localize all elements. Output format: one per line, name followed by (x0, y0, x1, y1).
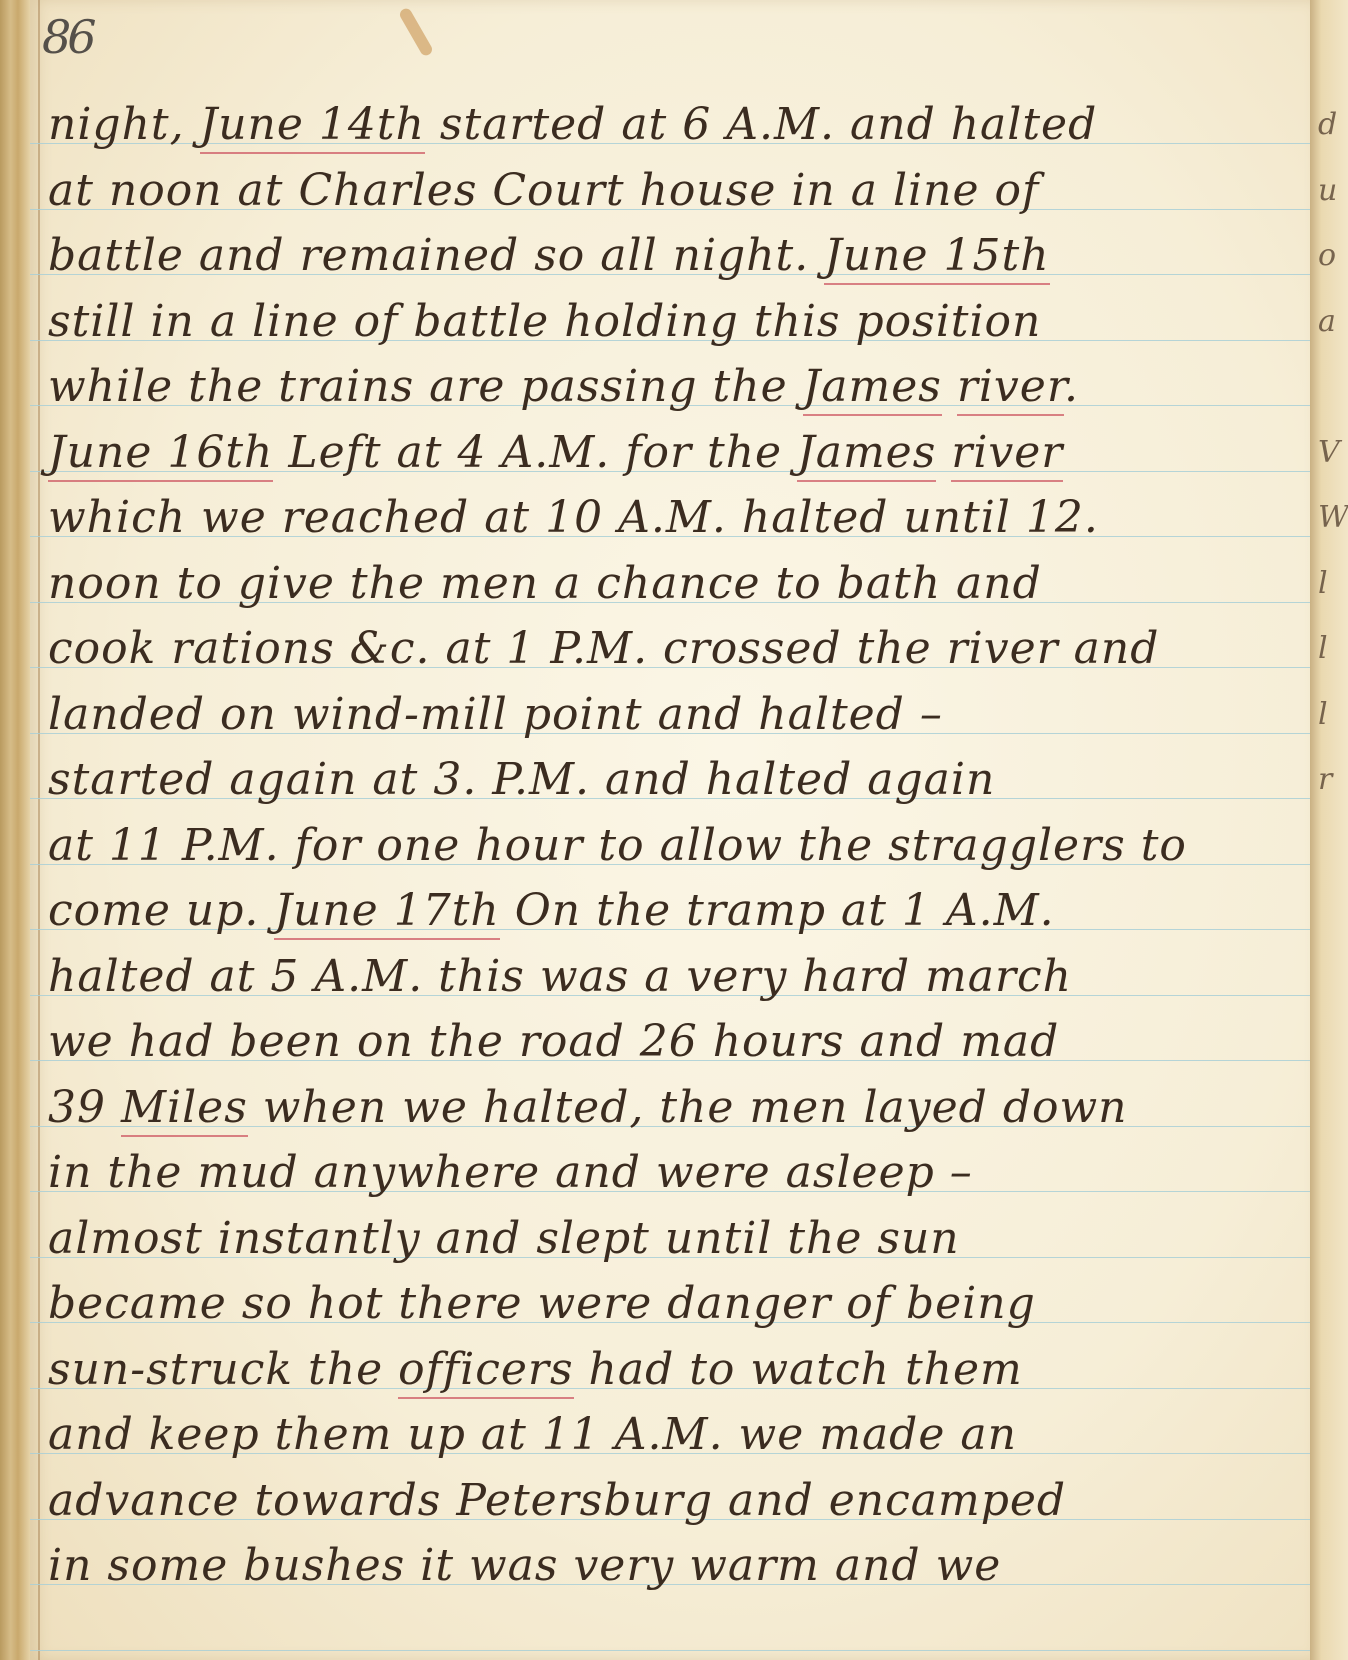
ruled-line (30, 1650, 1310, 1651)
adjacent-page-fragment: a (1318, 304, 1336, 339)
text-segment: and keep them up at 11 A.M. we made an (48, 1409, 1017, 1460)
text-segment: noon to give the men a chance to bath an… (48, 558, 1042, 609)
text-segment (936, 427, 951, 478)
text-line: halted at 5 A.M. this was a very hard ma… (48, 955, 1072, 999)
text-segment: landed on wind-mill point and halted – (48, 689, 943, 740)
text-line: advance towards Petersburg and encamped (48, 1479, 1066, 1523)
adjacent-page-fragment: l (1318, 631, 1328, 666)
text-segment: while the trains are passing the (48, 361, 803, 412)
text-segment: started again at 3. P.M. and halted agai… (48, 754, 995, 805)
text-segment: night, (48, 99, 200, 150)
underlined-text: river (951, 427, 1063, 482)
text-line: cook rations &c. at 1 P.M. crossed the r… (48, 627, 1159, 671)
text-segment (942, 361, 957, 412)
margin-rule (38, 0, 40, 1660)
text-segment: still in a line of battle holding this p… (48, 296, 1041, 347)
underlined-text: river (957, 361, 1064, 416)
text-line: June 16th Left at 4 A.M. for the James r… (48, 431, 1063, 475)
text-line: night, June 14th started at 6 A.M. and h… (48, 103, 1097, 147)
text-line: noon to give the men a chance to bath an… (48, 562, 1042, 606)
text-line: landed on wind-mill point and halted – (48, 693, 943, 737)
text-segment: advance towards Petersburg and encamped (48, 1475, 1066, 1526)
text-segment: cook rations &c. at 1 P.M. crossed the r… (48, 623, 1159, 674)
text-segment: in some bushes it was very warm and we (48, 1540, 1001, 1591)
text-line: started again at 3. P.M. and halted agai… (48, 758, 995, 802)
underlined-text: June 15th (824, 230, 1049, 285)
text-segment: in the mud anywhere and were asleep – (48, 1147, 973, 1198)
text-segment: battle and remained so all night. (48, 230, 824, 281)
adjacent-page-fragment: W (1318, 500, 1348, 535)
text-line: in some bushes it was very warm and we (48, 1544, 1001, 1588)
text-line: became so hot there were danger of being (48, 1282, 1036, 1326)
text-segment: had to watch them (574, 1344, 1023, 1395)
text-line: still in a line of battle holding this p… (48, 300, 1041, 344)
underlined-text: Miles (121, 1082, 248, 1137)
text-segment: became so hot there were danger of being (48, 1278, 1036, 1329)
text-line: which we reached at 10 A.M. halted until… (48, 496, 1099, 540)
text-line: come up. June 17th On the tramp at 1 A.M… (48, 889, 1055, 933)
adjacent-page-fragment: o (1318, 238, 1336, 273)
text-segment: sun-struck the (48, 1344, 398, 1395)
text-line: and keep them up at 11 A.M. we made an (48, 1413, 1017, 1457)
text-segment: Left at 4 A.M. for the (273, 427, 797, 478)
text-line: in the mud anywhere and were asleep – (48, 1151, 973, 1195)
text-segment: which we reached at 10 A.M. halted until… (48, 492, 1099, 543)
text-line: at 11 P.M. for one hour to allow the str… (48, 824, 1187, 868)
text-line: while the trains are passing the James r… (48, 365, 1079, 409)
adjacent-page-fragment: l (1318, 566, 1328, 601)
underlined-text: June 16th (48, 427, 273, 482)
text-line: sun-struck the officers had to watch the… (48, 1348, 1023, 1392)
text-segment: 39 (48, 1082, 121, 1133)
text-segment: On the tramp at 1 A.M. (500, 885, 1055, 936)
text-segment: . (1064, 361, 1079, 412)
underlined-text: officers (398, 1344, 573, 1399)
text-segment: at 11 P.M. for one hour to allow the str… (48, 820, 1187, 871)
text-segment: when we halted, the men layed down (248, 1082, 1128, 1133)
text-line: battle and remained so all night. June 1… (48, 234, 1050, 278)
adjacent-page-fragment: u (1318, 173, 1337, 208)
adjacent-page-fragment: l (1318, 697, 1328, 732)
page-number: 86 (42, 10, 93, 64)
adjacent-page-fragment: r (1318, 762, 1332, 797)
text-line: we had been on the road 26 hours and mad (48, 1020, 1059, 1064)
underlined-text: James (797, 427, 936, 482)
adjacent-page-fragment: V (1318, 435, 1340, 470)
text-segment: at noon at Charles Court house in a line… (48, 165, 1039, 216)
text-segment: come up. (48, 885, 274, 936)
text-line: almost instantly and slept until the sun (48, 1217, 960, 1261)
adjacent-page-fragment: d (1318, 107, 1337, 142)
underlined-text: June 17th (274, 885, 499, 940)
gilt-page-edge (0, 0, 30, 1660)
adjacent-page-edge: duoaVWlllr (1310, 0, 1348, 1660)
text-segment: we had been on the road 26 hours and mad (48, 1016, 1059, 1067)
text-line: 39 Miles when we halted, the men layed d… (48, 1086, 1128, 1130)
underlined-text: June 14th (200, 99, 425, 154)
ink-stain (398, 6, 434, 57)
text-segment: almost instantly and slept until the sun (48, 1213, 960, 1264)
text-segment: started at 6 A.M. and halted (425, 99, 1097, 150)
underlined-text: James (803, 361, 942, 416)
text-line: at noon at Charles Court house in a line… (48, 169, 1039, 213)
text-segment: halted at 5 A.M. this was a very hard ma… (48, 951, 1072, 1002)
